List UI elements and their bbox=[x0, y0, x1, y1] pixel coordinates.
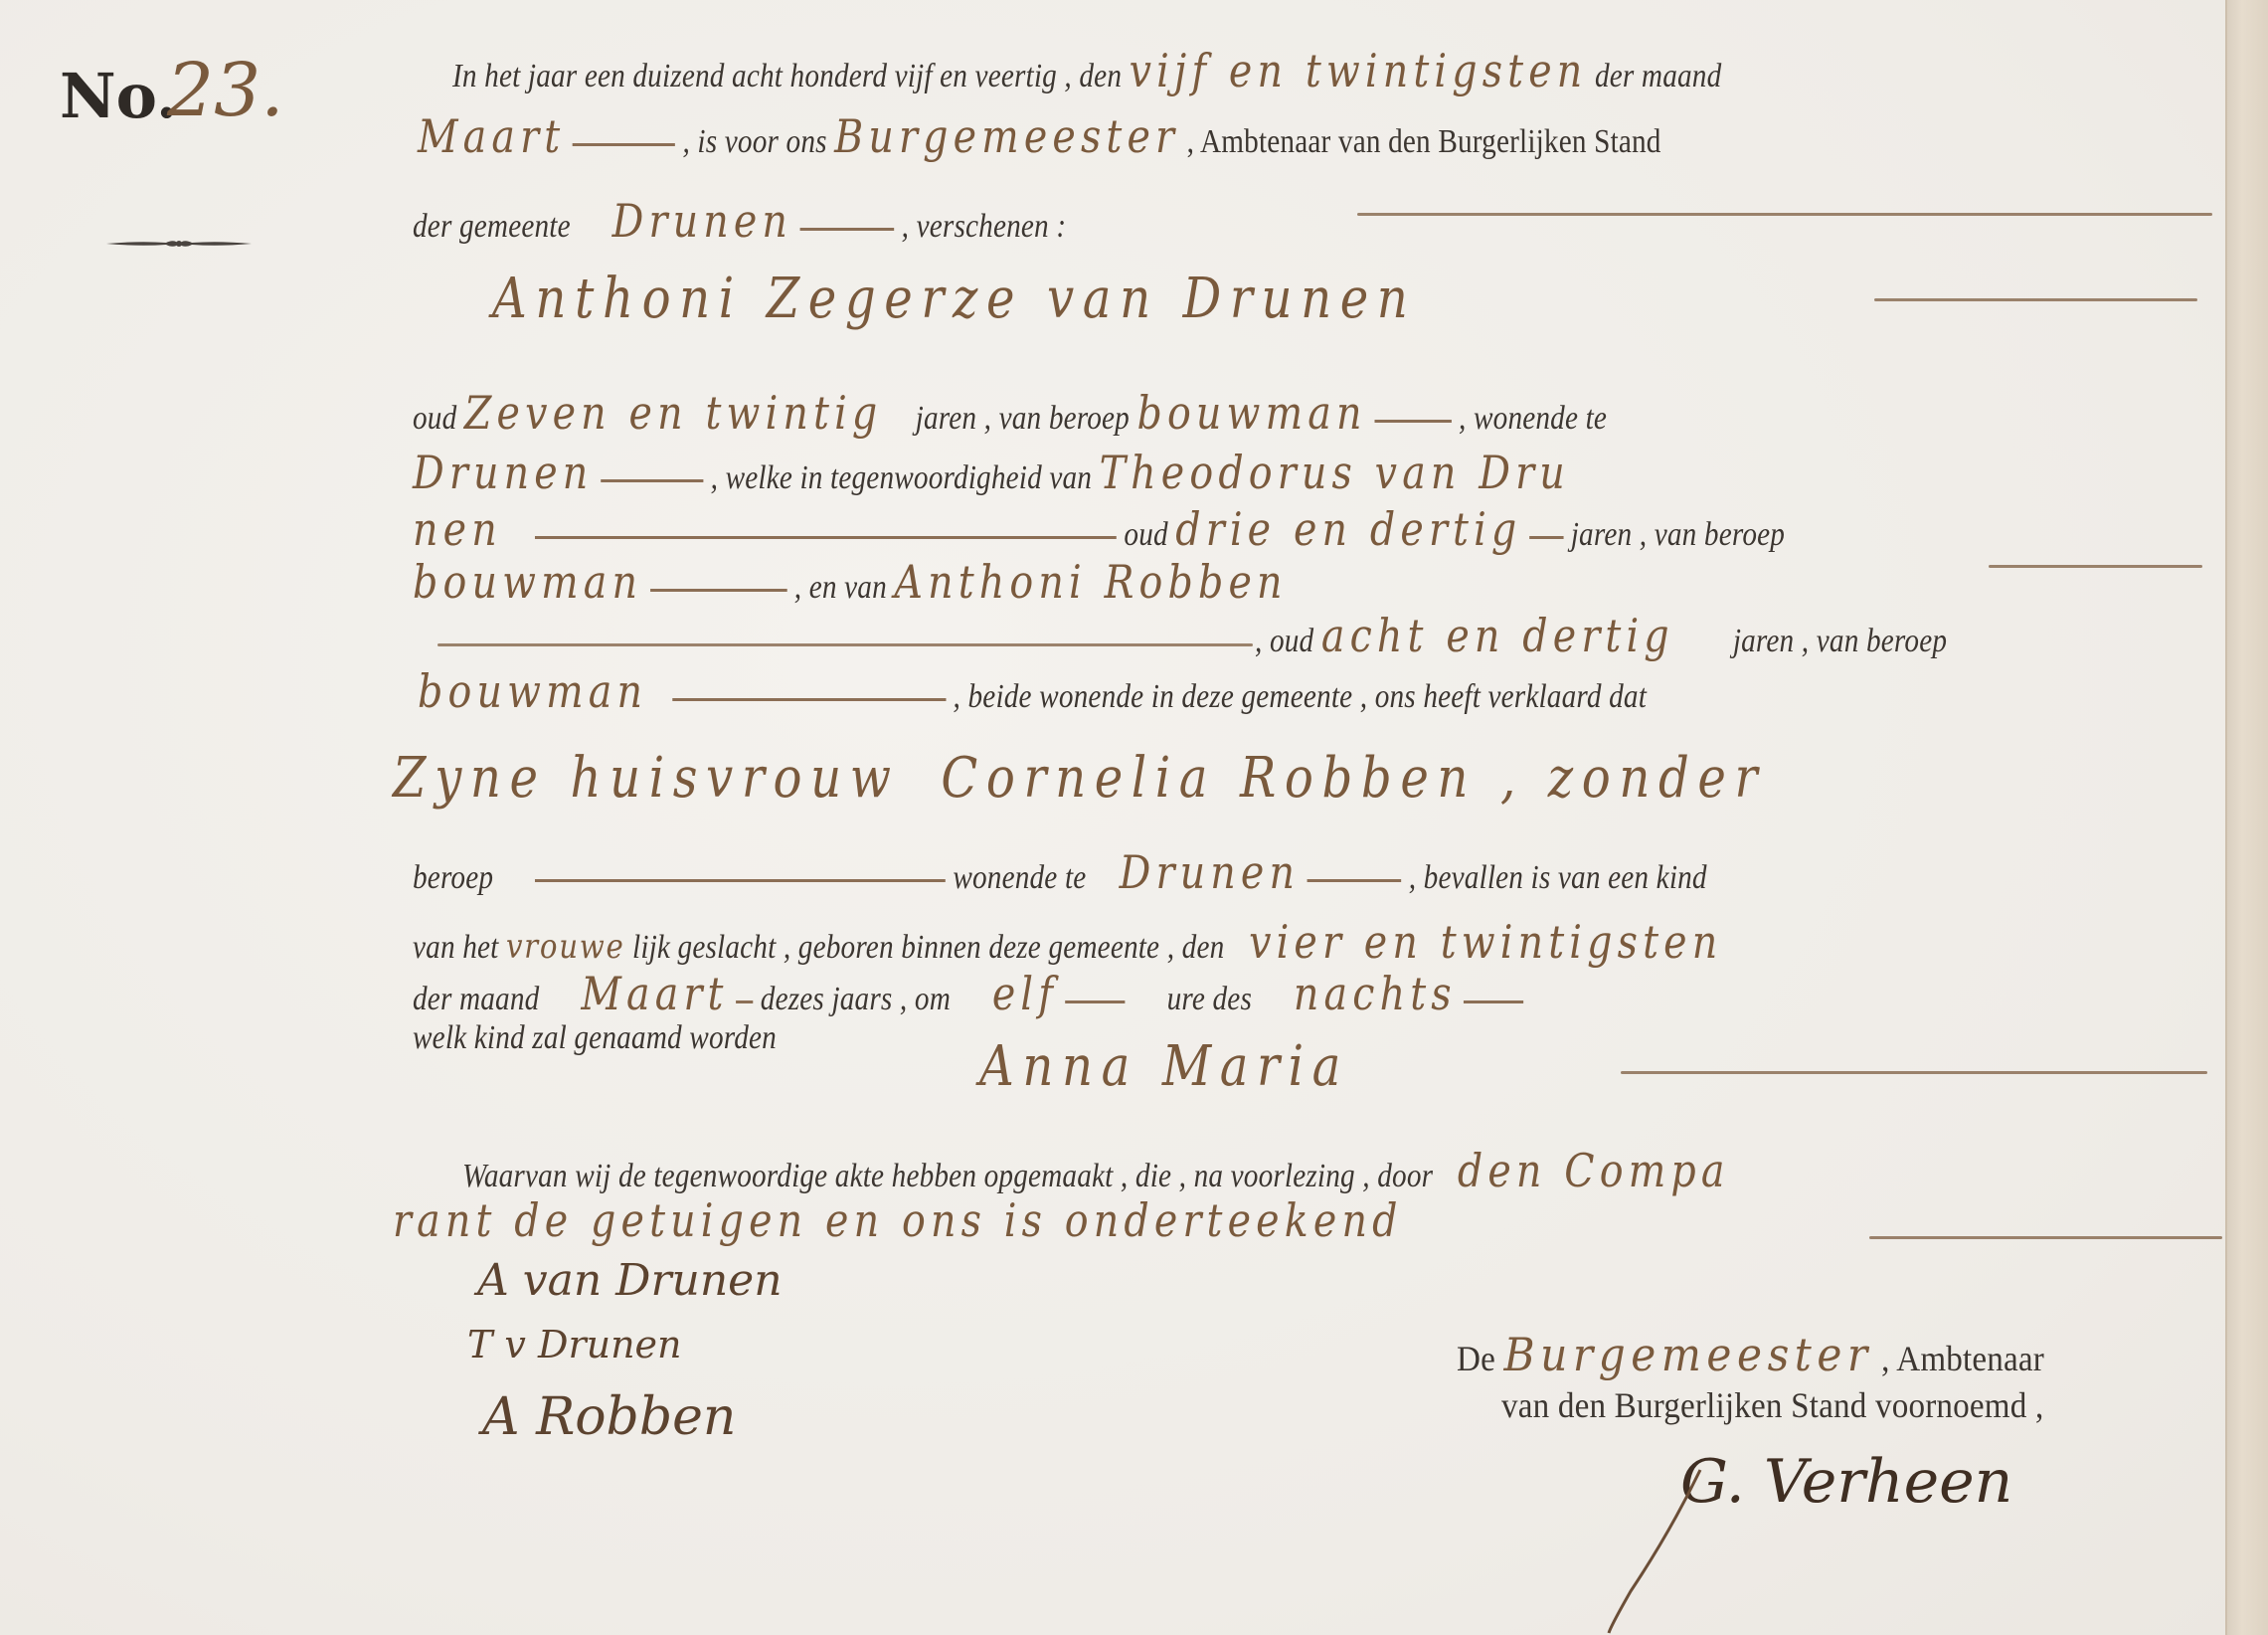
fill-rule bbox=[650, 589, 787, 592]
fill-rule bbox=[1357, 213, 2212, 216]
printed-text: , bevallen is van een kind bbox=[1409, 859, 1707, 896]
printed-text: , oud bbox=[1255, 623, 1313, 659]
printed-text: De bbox=[1457, 1339, 1495, 1378]
divider-ornament-icon bbox=[104, 239, 254, 249]
printed-text: , is voor ons bbox=[682, 123, 826, 160]
printed-text: wonende te bbox=[953, 859, 1086, 896]
printed-text: , welke in tegenwoordigheid van bbox=[711, 459, 1092, 496]
record-number-value: 23. bbox=[167, 48, 284, 133]
handwritten-time-of-day: nachts bbox=[1294, 967, 1457, 1020]
official-title-line: De Burgemeester , Ambtenaar bbox=[1457, 1328, 2044, 1381]
line-14: der maand Maart dezes jaars , om elf ure… bbox=[413, 967, 1523, 1020]
printed-text: , Ambtenaar bbox=[1881, 1339, 2044, 1378]
printed-text: dezes jaars , om bbox=[761, 981, 951, 1017]
handwritten-signatories: den Compa bbox=[1458, 1144, 1730, 1197]
fill-rule bbox=[1374, 420, 1451, 423]
handwritten-municipality: Drunen bbox=[612, 194, 792, 248]
signature-witness-2: T v Drunen bbox=[467, 1323, 682, 1366]
fill-rule bbox=[1308, 879, 1402, 882]
printed-text: welk kind zal genaamd worden bbox=[413, 1019, 777, 1056]
handwritten-witness-1: Theodorus van Dru bbox=[1100, 446, 1570, 499]
printed-text: , Ambtenaar van den Burgerlijken Stand bbox=[1187, 123, 1661, 160]
handwritten-birth-month: Maart bbox=[581, 967, 728, 1020]
line-7: nen oud drie en dertig jaren , van beroe… bbox=[413, 502, 1785, 556]
handwritten-age: Zeven en twintig bbox=[464, 386, 883, 440]
handwritten-signatories-cont: rant de getuigen en ons is onderteekend bbox=[393, 1193, 1403, 1247]
printed-text: Waarvan wij de tegenwoordige akte hebben… bbox=[462, 1158, 1433, 1194]
handwritten-declarant-name: Anthoni Zegerze van Drunen bbox=[492, 267, 1416, 331]
printed-text: , wonende te bbox=[1459, 400, 1607, 437]
line-6: Drunen , welke in tegenwoordigheid van T… bbox=[413, 446, 1570, 499]
handwritten-date: vijf en twintigsten bbox=[1130, 44, 1588, 97]
fill-rule bbox=[1874, 298, 2197, 301]
handwritten-witness-1-occupation: bouwman bbox=[413, 555, 642, 609]
printed-text: oud bbox=[1124, 516, 1167, 553]
fill-rule bbox=[535, 879, 946, 882]
printed-text: van het bbox=[413, 929, 498, 966]
line-2: Maart , is voor ons Burgemeester , Ambte… bbox=[418, 109, 1661, 163]
book-binding-edge bbox=[2225, 0, 2268, 1635]
handwritten-birth-hour: elf bbox=[992, 967, 1058, 1020]
handwritten-witness-2: Anthoni Robben bbox=[894, 555, 1287, 609]
fill-rule bbox=[535, 536, 1117, 539]
line-4: Anthoni Zegerze van Drunen bbox=[492, 267, 1416, 331]
line-11: Zyne huisvrouw Cornelia Robben , zonder bbox=[393, 746, 1766, 811]
handwritten-sex: vrouwe bbox=[506, 927, 625, 967]
handwritten-mother-name: Cornelia Robben , zonder bbox=[941, 746, 1766, 811]
line-13: van het vrouwe lijk geslacht , geboren b… bbox=[413, 915, 1722, 969]
printed-text: , beide wonende in deze gemeente , ons h… bbox=[954, 678, 1647, 715]
line-5: oud Zeven en twintig jaren , van beroep … bbox=[413, 386, 1607, 440]
fill-rule bbox=[1621, 1071, 2207, 1074]
handwritten-month: Maart bbox=[418, 109, 565, 163]
printed-text: , verschenen : bbox=[902, 208, 1067, 245]
handwritten-witness-1-cont: nen bbox=[413, 502, 502, 556]
fill-rule bbox=[573, 143, 675, 146]
handwritten-occupation: bouwman bbox=[1136, 386, 1366, 440]
line-16: Waarvan wij de tegenwoordige akte hebben… bbox=[462, 1144, 1730, 1197]
fill-rule bbox=[437, 643, 1253, 646]
handwritten-child-name: Anna Maria bbox=[979, 1034, 1349, 1099]
handwritten-official-title: Burgemeester bbox=[1503, 1328, 1872, 1381]
line-8: bouwman , en van Anthoni Robben bbox=[413, 555, 1288, 609]
line-15: welk kind zal genaamd worden bbox=[413, 1019, 777, 1057]
handwritten-witness-2-occupation: bouwman bbox=[418, 664, 647, 718]
line-1: In het jaar een duizend acht honderd vij… bbox=[452, 44, 1721, 97]
document-page: No. 23. In het jaar een duizend acht hon… bbox=[0, 0, 2225, 1635]
child-name-line: Anna Maria bbox=[979, 1034, 1349, 1099]
printed-text: beroep bbox=[413, 859, 493, 896]
line-10: bouwman , beide wonende in deze gemeente… bbox=[418, 664, 1647, 718]
line-12: beroep wonende te Drunen , bevallen is v… bbox=[413, 845, 1707, 899]
line-3: der gemeente Drunen , verschenen : bbox=[413, 194, 1066, 248]
signature-witness-1: A van Drunen bbox=[477, 1255, 783, 1306]
line-17: rant de getuigen en ons is onderteekend bbox=[393, 1193, 1403, 1247]
official-role-line: van den Burgerlijken Stand voornoemd , bbox=[1501, 1384, 2043, 1426]
printed-text: jaren , van beroep bbox=[1733, 623, 1947, 659]
fill-rule bbox=[736, 1000, 753, 1003]
record-number-label: No. bbox=[60, 60, 178, 132]
printed-text: jaren , van beroep bbox=[916, 400, 1130, 437]
printed-text: lijk geslacht , geboren binnen deze geme… bbox=[632, 929, 1224, 966]
fill-rule bbox=[1869, 1236, 2222, 1239]
fill-rule bbox=[672, 698, 946, 701]
handwritten-witness-2-age: acht en dertig bbox=[1321, 609, 1674, 662]
printed-text: van den Burgerlijken Stand voornoemd , bbox=[1501, 1385, 2043, 1425]
fill-rule bbox=[601, 479, 703, 482]
signature-flourish-icon bbox=[1551, 1462, 1730, 1635]
line-9: , oud acht en dertig jaren , van beroep bbox=[1255, 609, 1947, 662]
handwritten-birth-day: vier en twintigsten bbox=[1249, 915, 1722, 969]
handwritten-wife-label: Zyne huisvrouw bbox=[393, 746, 900, 811]
handwritten-official-title: Burgemeester bbox=[834, 109, 1179, 163]
fill-rule bbox=[1066, 1000, 1126, 1003]
handwritten-witness-1-age: drie en dertig bbox=[1175, 502, 1521, 556]
fill-rule bbox=[1989, 565, 2202, 568]
fill-rule bbox=[1529, 536, 1563, 539]
printed-text: ure des bbox=[1167, 981, 1252, 1017]
fill-rule bbox=[800, 228, 895, 231]
handwritten-residence: Drunen bbox=[413, 446, 593, 499]
printed-text: der maand bbox=[413, 981, 539, 1017]
signature-witness-3: A Robben bbox=[482, 1387, 736, 1447]
signature-official: G. Verheen bbox=[1680, 1447, 2012, 1517]
printed-text: oud bbox=[413, 400, 456, 437]
printed-text: jaren , van beroep bbox=[1571, 516, 1785, 553]
fill-rule bbox=[1464, 1000, 1523, 1003]
printed-text: , en van bbox=[794, 569, 887, 606]
printed-text: der gemeente bbox=[413, 208, 571, 245]
printed-text: In het jaar een duizend acht honderd vij… bbox=[452, 58, 1122, 94]
printed-text: der maand bbox=[1595, 58, 1721, 94]
handwritten-mother-residence: Drunen bbox=[1120, 845, 1300, 899]
